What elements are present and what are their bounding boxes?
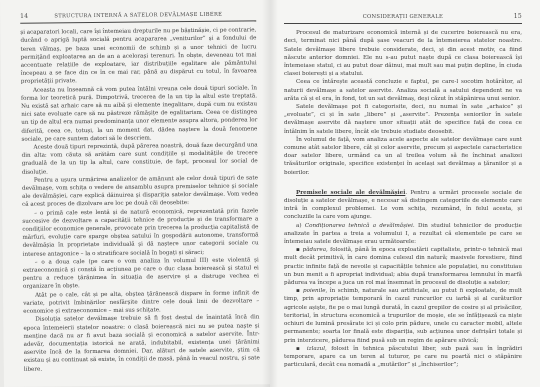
- bullet-term: poienile: [303, 288, 326, 294]
- running-head: CONSIDERAȚII GENERALE: [363, 14, 443, 20]
- paragraph: și acaparatori locali, care își întemeia…: [20, 27, 257, 87]
- running-head: STRUCTURA INTERNĂ A SATELOR DEVĂLMAȘE LI…: [54, 12, 222, 20]
- right-page-header: CONSIDERAȚII GENERALE 15: [284, 0, 522, 20]
- bullet-term: izlazul: [307, 346, 325, 352]
- header-rule: [20, 20, 256, 24]
- paragraph: Procesul de maturizare economică internă…: [284, 29, 522, 78]
- section-paragraph: Premisele sociale ale devălmășiei. Pentr…: [284, 189, 522, 222]
- paragraph: Satele devălmașe pot fi categorisite, de…: [284, 103, 522, 136]
- page-number: 15: [514, 13, 522, 20]
- paragraph: În volumul de față, vom analiza acele as…: [284, 136, 522, 177]
- left-page-header: 14 STRUCTURA INTERNĂ A SATELOR DEVĂLMAȘE…: [20, 0, 256, 20]
- right-page: CONSIDERAȚII GENERALE 15 Procesul de mat…: [270, 0, 540, 387]
- bullet-text: , în schimb, naturale sau artificiale, a…: [284, 288, 522, 343]
- paragraph: Atât pe o cale, cât și pe alta, obștea ț…: [23, 289, 259, 316]
- paragraph: Ceea ce întărește această concluzie e fa…: [284, 78, 522, 103]
- bullet-item: ▪ izlazul, folosit în tehnica păscutului…: [284, 345, 522, 370]
- page-number: 14: [20, 13, 28, 20]
- book-gutter: [262, 0, 278, 387]
- section-title: Premisele sociale ale devălmășiei: [296, 190, 405, 196]
- book-spread: 14 STRUCTURA INTERNĂ A SATELOR DEVĂLMAȘE…: [0, 0, 540, 387]
- header-rule: [284, 23, 522, 24]
- paragraph: Disoluția satelor devălmașe trebuie să f…: [23, 314, 260, 374]
- section-spacer: [284, 177, 522, 189]
- paragraph: Aceste două tipuri reprezintă, după păre…: [22, 141, 258, 176]
- subsection-paragraph: a) Condiționarea tehnică a devălmășiei. …: [284, 222, 522, 247]
- paragraph: Pentru a ușura urmărirea analizelor de a…: [22, 174, 258, 209]
- subsection-label: a): [296, 223, 305, 229]
- paragraph: – o primă cale este lentă și de natură e…: [22, 207, 259, 259]
- left-page-body: și acaparatori locali, care își întemeia…: [20, 27, 260, 374]
- bullet-item: ▪ poienile, în schimb, naturale sau arti…: [284, 287, 522, 344]
- left-page: 14 STRUCTURA INTERNĂ A SATELOR DEVĂLMAȘE…: [0, 0, 274, 387]
- subsection-title: Condiționarea tehnică a devălmășiei: [305, 223, 413, 229]
- paragraph: – o a doua cale (pe care o vom analiza î…: [23, 256, 259, 291]
- right-page-body: Procesul de maturizare economică internă…: [284, 29, 522, 369]
- paragraph: Aceasta nu înseamnă că vom putea întâlni…: [21, 84, 258, 144]
- bullet-term: pădurea: [303, 247, 326, 253]
- bullet-item: ▪ pădurea, folosită, până în epoca explo…: [284, 246, 522, 287]
